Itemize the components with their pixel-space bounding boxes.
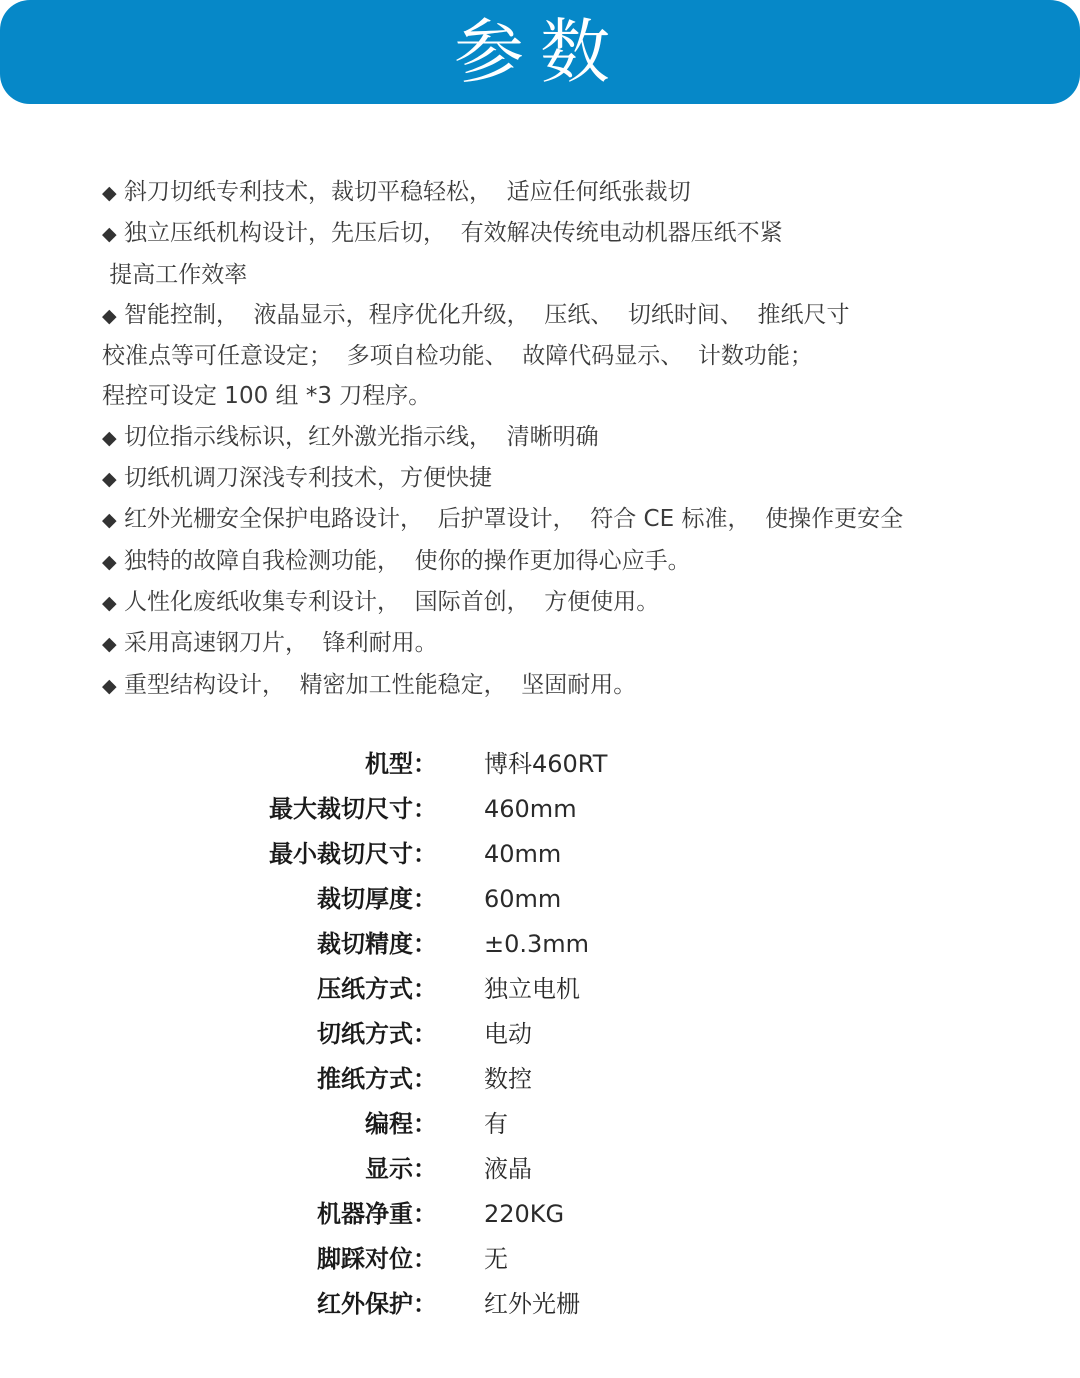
- feature-text: 独特的故障自我检测功能， 使你的操作更加得心应手。: [124, 548, 691, 574]
- spec-label: 红外保护：: [317, 1282, 437, 1327]
- spec-row: 裁切精度：±0.3mm: [0, 922, 1080, 967]
- feature-item: ◆独特的故障自我检测功能， 使你的操作更加得心应手。: [102, 541, 1002, 582]
- spec-label: 裁切精度：: [317, 922, 437, 967]
- spec-label: 机器净重：: [317, 1192, 437, 1237]
- spec-value: 460mm: [484, 787, 577, 832]
- feature-item: ◆人性化废纸收集专利设计， 国际首创， 方便使用。: [102, 582, 1002, 623]
- feature-item: ◆红外光栅安全保护电路设计， 后护罩设计， 符合 CE 标准， 使操作更安全: [102, 499, 1002, 540]
- spec-label: 机型：: [365, 742, 437, 787]
- diamond-bullet-icon: ◆: [102, 500, 124, 540]
- spec-row: 编程：有: [0, 1102, 1080, 1147]
- spec-value: 数控: [484, 1057, 532, 1102]
- feature-item: ◆独立压纸机构设计，先压后切， 有效解决传统电动机器压纸不紧: [102, 213, 1002, 254]
- spec-value: 有: [484, 1102, 508, 1147]
- spec-label: 脚踩对位：: [317, 1237, 437, 1282]
- feature-item: ◆切位指示线标识，红外激光指示线， 清晰明确: [102, 417, 1002, 458]
- feature-text: 人性化废纸收集专利设计， 国际首创， 方便使用。: [124, 589, 659, 615]
- spec-value: 独立电机: [484, 967, 580, 1012]
- diamond-bullet-icon: ◆: [102, 542, 124, 582]
- spec-value: 电动: [484, 1012, 532, 1057]
- spec-table: 机型：博科460RT 最大裁切尺寸：460mm 最小裁切尺寸：40mm 裁切厚度…: [0, 742, 1080, 1327]
- feature-item: ◆斜刀切纸专利技术，裁切平稳轻松， 适应任何纸张裁切: [102, 172, 1002, 213]
- spec-label: 显示：: [365, 1147, 437, 1192]
- feature-item: ◆重型结构设计， 精密加工性能稳定， 坚固耐用。: [102, 665, 1002, 706]
- spec-value: 液晶: [484, 1147, 532, 1192]
- feature-item: ◆智能控制， 液晶显示，程序优化升级， 压纸、 切纸时间、 推纸尺寸: [102, 295, 1002, 336]
- diamond-bullet-icon: ◆: [102, 173, 124, 213]
- spec-label: 编程：: [365, 1102, 437, 1147]
- spec-row: 切纸方式：电动: [0, 1012, 1080, 1057]
- feature-continuation: 提高工作效率: [102, 255, 1002, 295]
- feature-text: 采用高速钢刀片， 锋利耐用。: [124, 630, 438, 656]
- spec-row: 机型：博科460RT: [0, 742, 1080, 787]
- spec-value: 红外光栅: [484, 1282, 580, 1327]
- feature-text: 斜刀切纸专利技术，裁切平稳轻松， 适应任何纸张裁切: [124, 179, 691, 205]
- header-banner: 参数: [0, 0, 1080, 104]
- diamond-bullet-icon: ◆: [102, 583, 124, 623]
- feature-text: 切纸机调刀深浅专利技术，方便快捷: [124, 465, 492, 491]
- spec-row: 最大裁切尺寸：460mm: [0, 787, 1080, 832]
- page-title: 参数: [0, 10, 1080, 94]
- diamond-bullet-icon: ◆: [102, 418, 124, 458]
- diamond-bullet-icon: ◆: [102, 214, 124, 254]
- feature-item: ◆采用高速钢刀片， 锋利耐用。: [102, 623, 1002, 664]
- diamond-bullet-icon: ◆: [102, 296, 124, 336]
- spec-value: 博科460RT: [484, 742, 607, 787]
- feature-text: 重型结构设计， 精密加工性能稳定， 坚固耐用。: [124, 672, 636, 698]
- spec-value: 无: [484, 1237, 508, 1282]
- spec-label: 压纸方式：: [317, 967, 437, 1012]
- feature-continuation: 校准点等可任意设定； 多项自检功能、 故障代码显示、 计数功能；: [102, 336, 1002, 376]
- spec-value: 40mm: [484, 832, 561, 877]
- feature-item: ◆切纸机调刀深浅专利技术，方便快捷: [102, 458, 1002, 499]
- diamond-bullet-icon: ◆: [102, 666, 124, 706]
- spec-value: 220KG: [484, 1192, 564, 1237]
- spec-row: 红外保护：红外光栅: [0, 1282, 1080, 1327]
- feature-text: 切位指示线标识，红外激光指示线， 清晰明确: [124, 424, 599, 450]
- spec-value: 60mm: [484, 877, 561, 922]
- spec-row: 脚踩对位：无: [0, 1237, 1080, 1282]
- feature-text: 独立压纸机构设计，先压后切， 有效解决传统电动机器压纸不紧: [124, 220, 783, 246]
- spec-row: 压纸方式：独立电机: [0, 967, 1080, 1012]
- spec-row: 裁切厚度：60mm: [0, 877, 1080, 922]
- spec-row: 最小裁切尺寸：40mm: [0, 832, 1080, 877]
- spec-label: 裁切厚度：: [317, 877, 437, 922]
- feature-continuation: 程控可设定 100 组 *3 刀程序。: [102, 376, 1002, 416]
- feature-text: 智能控制， 液晶显示，程序优化升级， 压纸、 切纸时间、 推纸尺寸: [124, 302, 850, 328]
- feature-list: ◆斜刀切纸专利技术，裁切平稳轻松， 适应任何纸张裁切 ◆独立压纸机构设计，先压后…: [102, 172, 1002, 706]
- diamond-bullet-icon: ◆: [102, 459, 124, 499]
- spec-row: 显示：液晶: [0, 1147, 1080, 1192]
- spec-value: ±0.3mm: [484, 922, 589, 967]
- spec-label: 推纸方式：: [317, 1057, 437, 1102]
- spec-row: 机器净重：220KG: [0, 1192, 1080, 1237]
- spec-label: 最大裁切尺寸：: [269, 787, 437, 832]
- spec-label: 切纸方式：: [317, 1012, 437, 1057]
- diamond-bullet-icon: ◆: [102, 624, 124, 664]
- spec-row: 推纸方式：数控: [0, 1057, 1080, 1102]
- feature-text: 红外光栅安全保护电路设计， 后护罩设计， 符合 CE 标准， 使操作更安全: [124, 506, 903, 532]
- spec-label: 最小裁切尺寸：: [269, 832, 437, 877]
